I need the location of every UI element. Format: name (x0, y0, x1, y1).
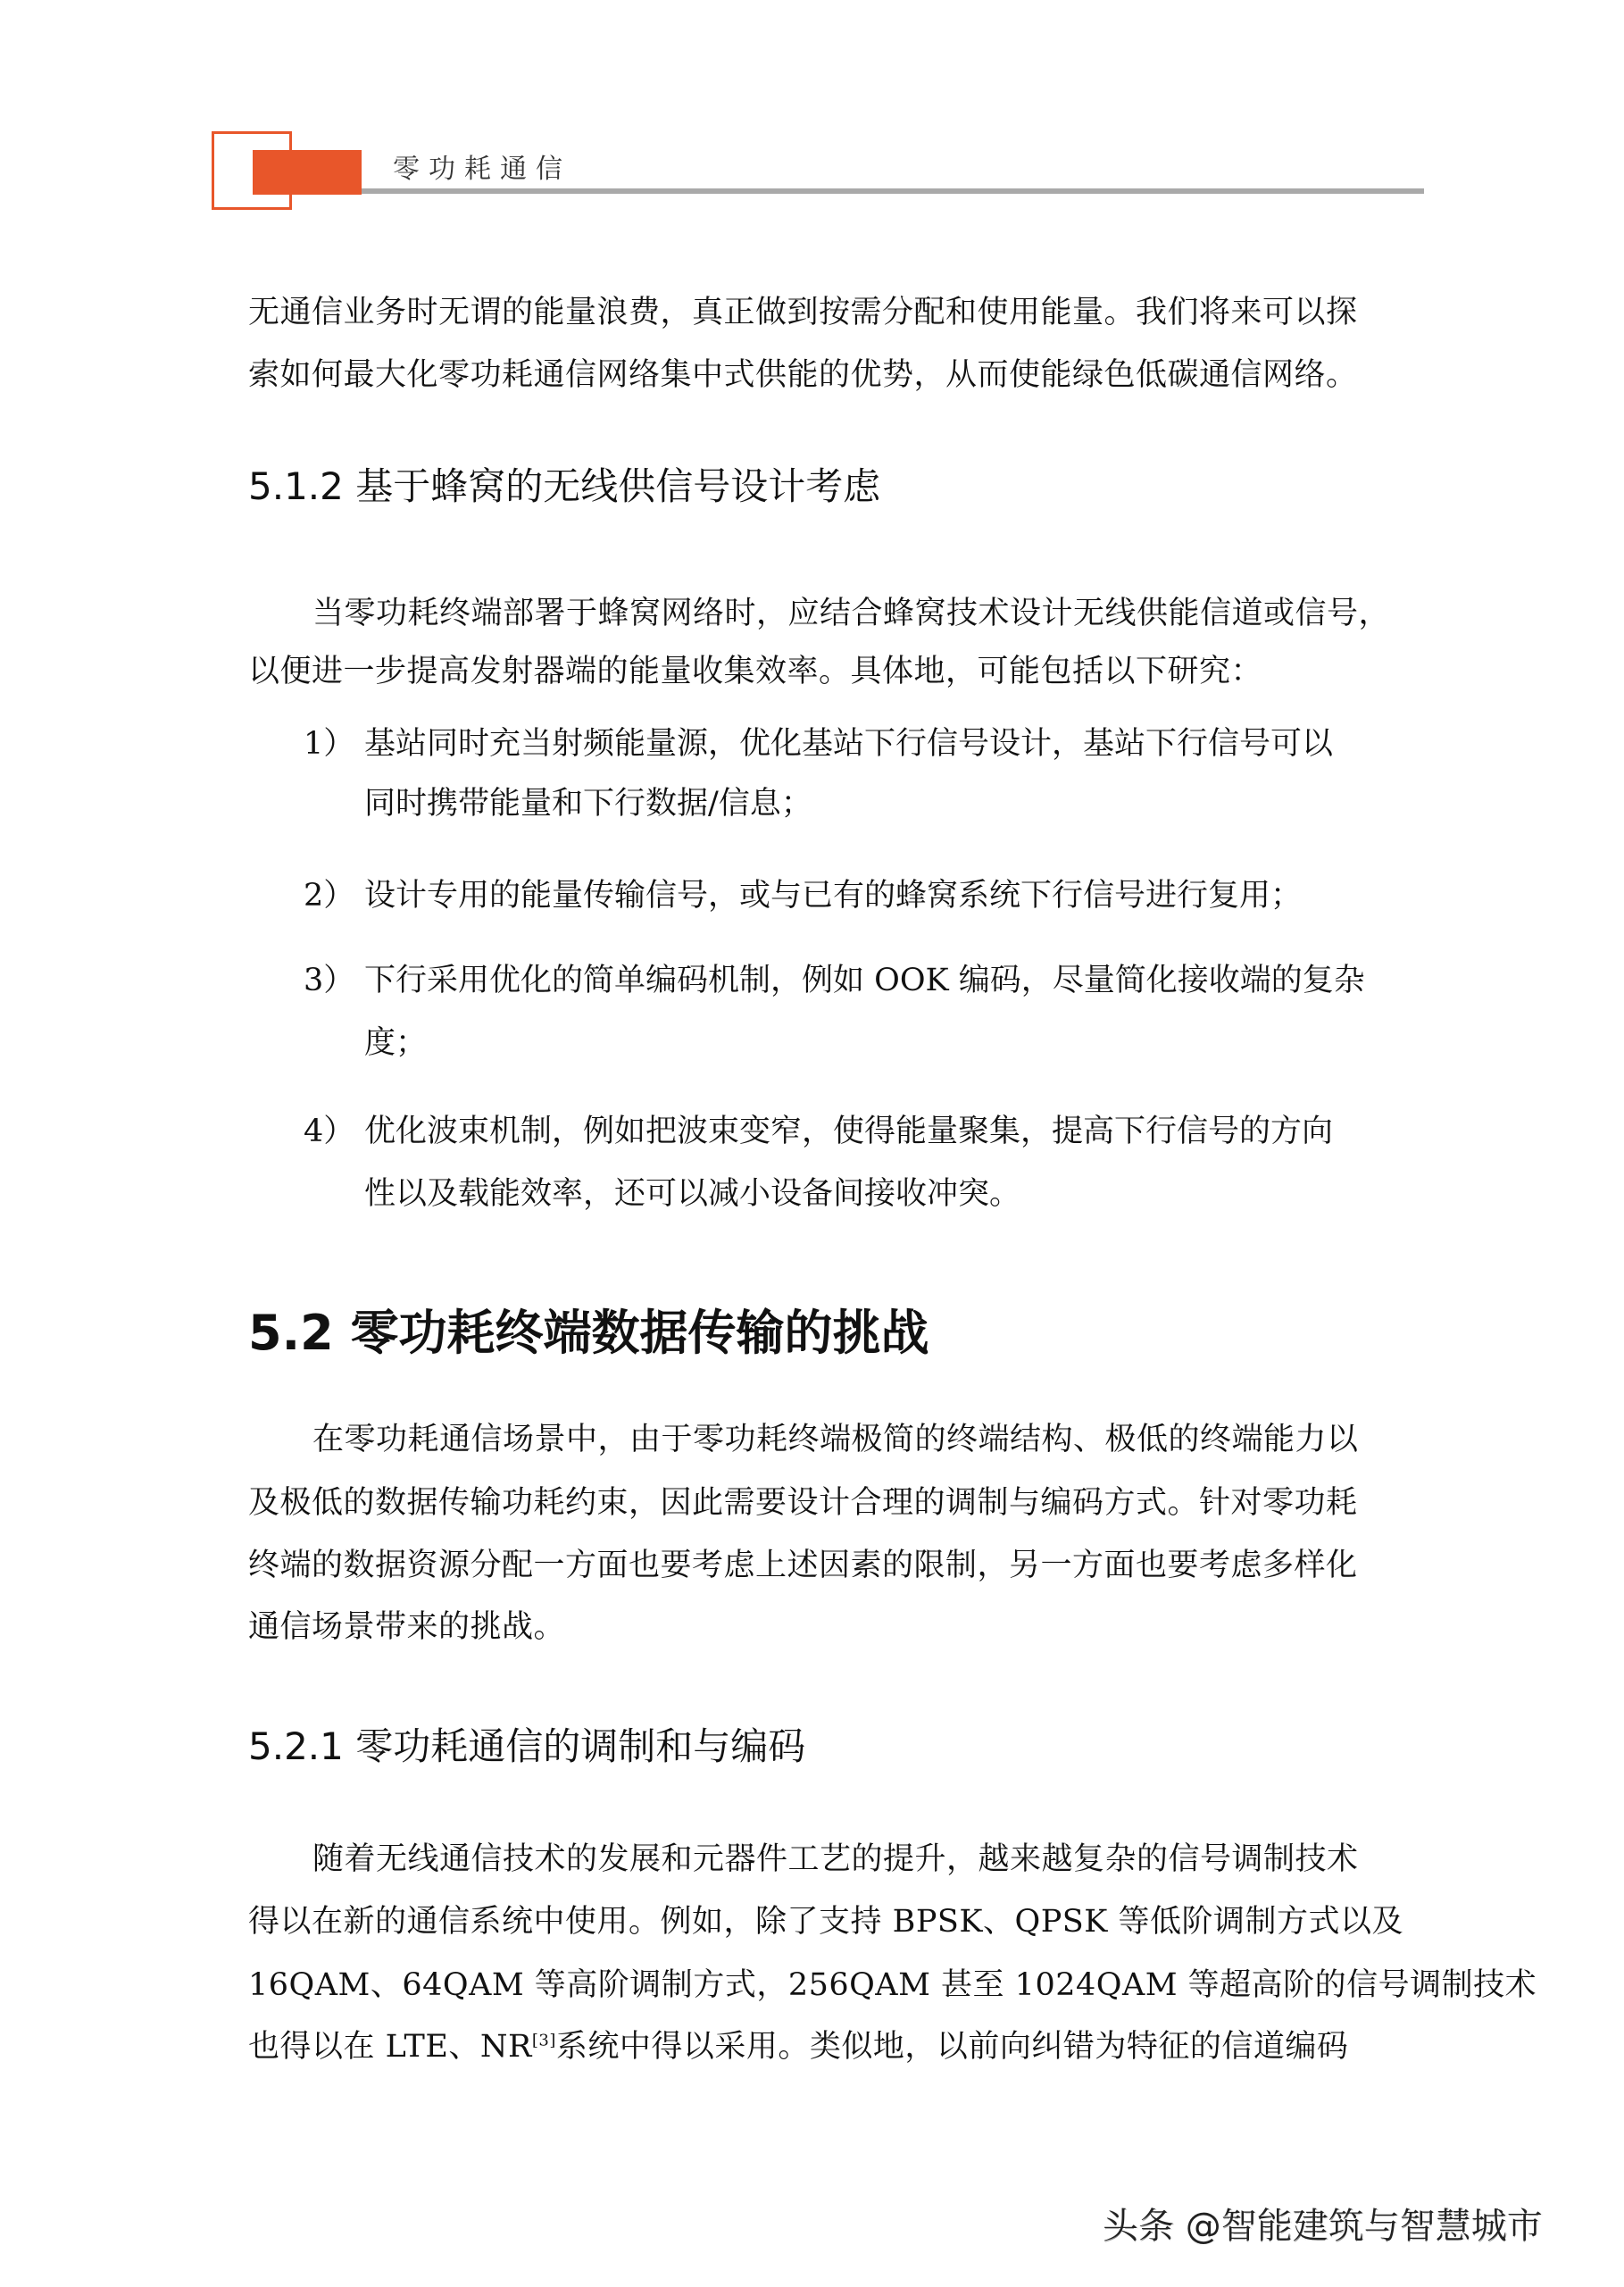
paragraph-line: 索如何最大化零功耗通信网络集中式供能的优势，从而使能绿色低碳通信网络。 (248, 355, 1358, 395)
section-heading-5-2: 5.2 零功耗终端数据传输的挑战 (248, 1304, 929, 1363)
paragraph-line: 在零功耗通信场景中，由于零功耗终端极简的终端结构、极低的终端能力以 (312, 1420, 1359, 1459)
paragraph-line: 随着无线通信技术的发展和元器件工艺的提升，越来越复杂的信号调制技术 (312, 1840, 1359, 1879)
header-rule (362, 188, 1424, 194)
list-item-number: 2） (304, 876, 354, 915)
list-item-text: 基站同时充当射频能量源，优化基站下行信号设计，基站下行信号可以 (364, 724, 1333, 764)
paragraph-line: 及极低的数据传输功耗约束，因此需要设计合理的调制与编码方式。针对零功耗 (248, 1483, 1358, 1523)
citation-ref[interactable]: [3] (532, 2031, 556, 2049)
paragraph-line: 以便进一步提高发射器端的能量收集效率。具体地，可能包括以下研究： (248, 652, 1262, 691)
paragraph-line: 得以在新的通信系统中使用。例如，除了支持 BPSK、QPSK 等低阶调制方式以及 (248, 1902, 1403, 1941)
text-segment: 系统中得以采用。类似地，以前向纠错为特征的信道编码 (556, 2029, 1349, 2065)
list-item-text: 性以及载能效率，还可以减小设备间接收冲突。 (364, 1174, 1020, 1214)
list-item-text: 优化波束机制，例如把波束变窄，使得能量聚集，提高下行信号的方向 (364, 1112, 1333, 1151)
text-segment: 也得以在 LTE、NR (248, 2029, 532, 2065)
paragraph-line: 16QAM、64QAM 等高阶调制方式，256QAM 甚至 1024QAM 等超… (248, 1966, 1537, 2005)
paragraph-line: 无通信业务时无谓的能量浪费，真正做到按需分配和使用能量。我们将来可以探 (248, 293, 1358, 332)
list-item-number: 3） (304, 961, 354, 1000)
section-heading-5-2-1: 5.2.1 零功耗通信的调制和与编码 (248, 1723, 805, 1771)
paragraph-line: 当零功耗终端部署于蜂窝网络时，应结合蜂窝技术设计无线供能信道或信号， (312, 594, 1390, 633)
list-item-number: 1） (304, 724, 354, 764)
section-heading-5-1-2: 5.1.2 基于蜂窝的无线供信号设计考虑 (248, 463, 880, 511)
header-logo-block (253, 150, 362, 195)
watermark: 头条 @智能建筑与智慧城市 (1103, 2204, 1543, 2249)
list-item-text: 度； (364, 1023, 427, 1063)
list-item-number: 4） (304, 1112, 354, 1151)
running-header-title: 零功耗通信 (393, 152, 571, 188)
list-item-text: 下行采用优化的简单编码机制，例如 OOK 编码，尽量简化接收端的复杂 (364, 961, 1365, 1000)
paragraph-line: 终端的数据资源分配一方面也要考虑上述因素的限制，另一方面也要考虑多样化 (248, 1546, 1358, 1585)
list-item-text: 同时携带能量和下行数据/信息； (364, 784, 812, 823)
paragraph-line: 通信场景带来的挑战。 (248, 1607, 565, 1647)
paragraph-line: 也得以在 LTE、NR[3]系统中得以采用。类似地，以前向纠错为特征的信道编码 (248, 2027, 1348, 2066)
list-item-text: 设计专用的能量传输信号，或与已有的蜂窝系统下行信号进行复用； (364, 876, 1302, 915)
